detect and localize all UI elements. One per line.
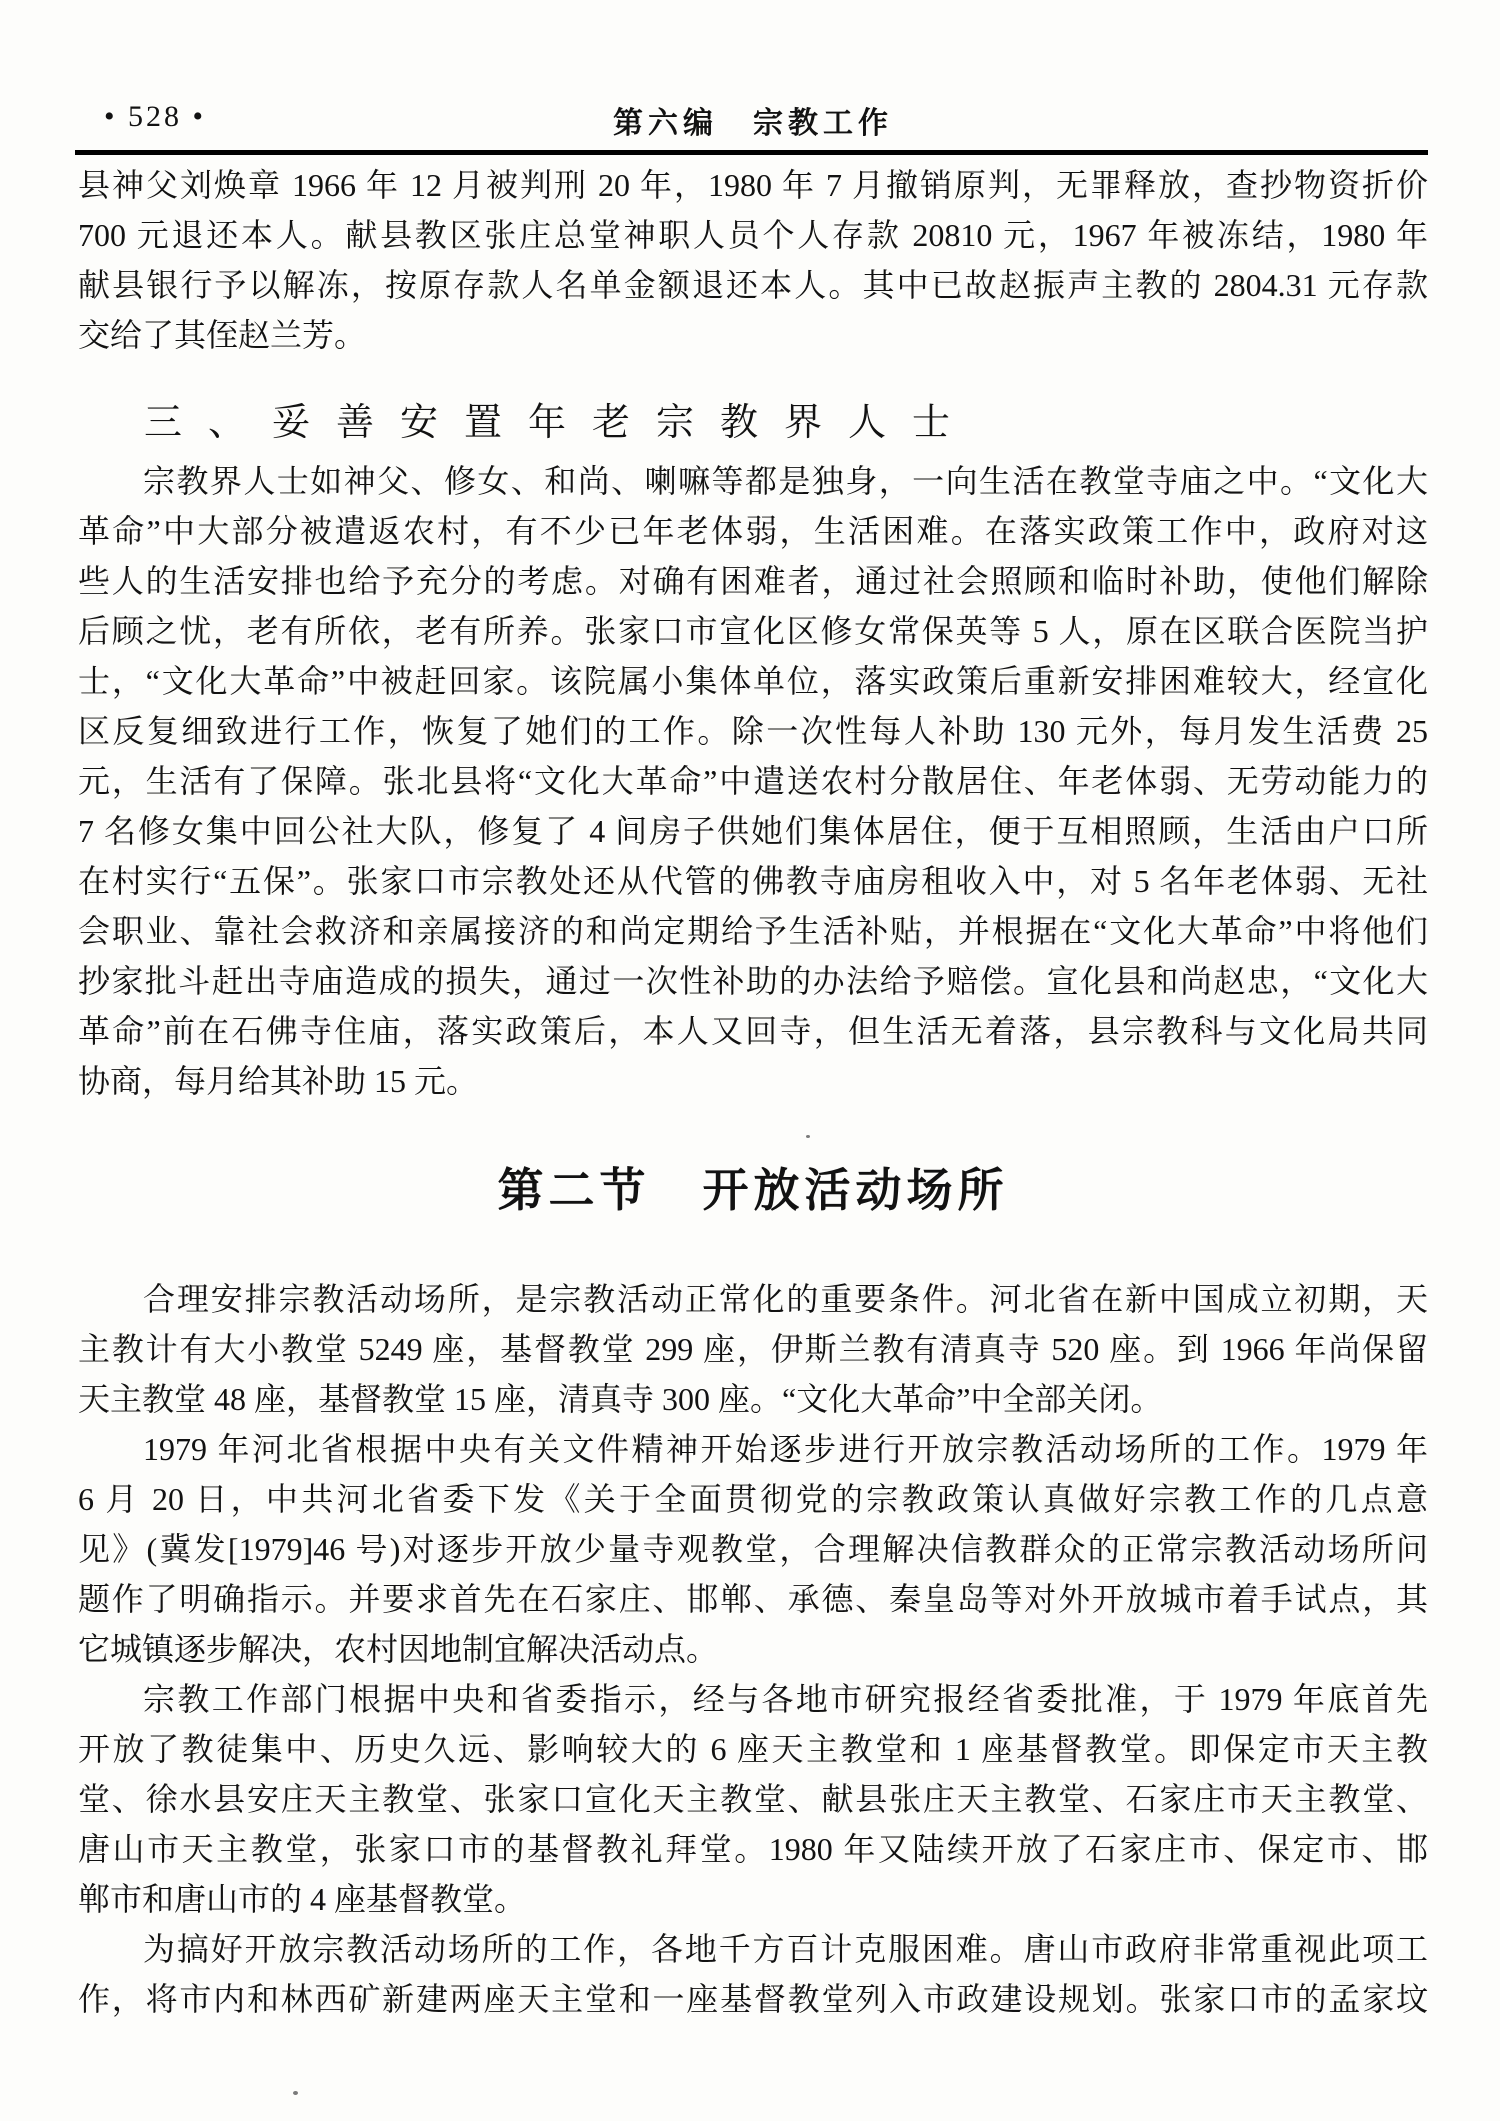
section-number: 第二节 bbox=[498, 1164, 651, 1216]
text-line: 郸市和唐山市的 4 座基督教堂。 bbox=[78, 1874, 1428, 1924]
paragraph: 为搞好开放宗教活动场所的工作，各地千方百计克服困难。唐山市政府非常重视此项工作，… bbox=[78, 1924, 1428, 2024]
text-line: 后顾之忧，老有所依，老有所养。张家口市宣化区修女常保英等 5 人，原在区联合医院… bbox=[78, 606, 1428, 656]
subsection-heading: 三、妥善安置年老宗教界人士 bbox=[78, 398, 1428, 448]
text-line: 协商，每月给其补助 15 元。 bbox=[78, 1056, 1428, 1106]
text-line: 700 元退还本人。献县教区张庄总堂神职人员个人存款 20810 元，1967 … bbox=[78, 210, 1428, 260]
page-body: 县神父刘焕章 1966 年 12 月被判刑 20 年，1980 年 7 月撤销原… bbox=[78, 160, 1428, 2024]
text-line: 宗教界人士如神父、修女、和尚、喇嘛等都是独身，一向生活在教堂寺庙之中。“文化大 bbox=[78, 456, 1428, 506]
text-line: 见》(冀发[1979]46 号)对逐步开放少量寺观教堂，合理解决信教群众的正常宗… bbox=[78, 1524, 1428, 1574]
paragraph: 合理安排宗教活动场所，是宗教活动正常化的重要条件。河北省在新中国成立初期，天主教… bbox=[78, 1274, 1428, 1424]
text-line: 会职业、靠社会救济和亲属接济的和尚定期给予生活补贴，并根据在“文化大革命”中将他… bbox=[78, 906, 1428, 956]
text-line: 1979 年河北省根据中央有关文件精神开始逐步进行开放宗教活动场所的工作。197… bbox=[78, 1424, 1428, 1474]
text-line: 交给了其侄赵兰芳。 bbox=[78, 310, 1428, 360]
text-line: 士，“文化大革命”中被赶回家。该院属小集体单位，落实政策后重新安排困难较大，经宣… bbox=[78, 656, 1428, 706]
text-line: 区反复细致进行工作，恢复了她们的工作。除一次性每人补助 130 元外，每月发生活… bbox=[78, 706, 1428, 756]
text-line: 唐山市天主教堂，张家口市的基督教礼拜堂。1980 年又陆续开放了石家庄市、保定市… bbox=[78, 1824, 1428, 1874]
section-title: 第二节开放活动场所 bbox=[78, 1158, 1428, 1222]
text-line: 革命”中大部分被遣返农村，有不少已年老体弱，生活困难。在落实政策工作中，政府对这 bbox=[78, 506, 1428, 556]
page-header: • 528 • 第六编 宗教工作 bbox=[78, 92, 1428, 138]
text-line: 6 月 20 日，中共河北省委下发《关于全面贯彻党的宗教政策认真做好宗教工作的几… bbox=[78, 1474, 1428, 1524]
header-divider bbox=[75, 150, 1428, 155]
text-line: 开放了教徒集中、历史久远、影响较大的 6 座天主教堂和 1 座基督教堂。即保定市… bbox=[78, 1724, 1428, 1774]
text-line: 为搞好开放宗教活动场所的工作，各地千方百计克服困难。唐山市政府非常重视此项工 bbox=[78, 1924, 1428, 1974]
text-line: 合理安排宗教活动场所，是宗教活动正常化的重要条件。河北省在新中国成立初期，天 bbox=[78, 1274, 1428, 1324]
text-line: 县神父刘焕章 1966 年 12 月被判刑 20 年，1980 年 7 月撤销原… bbox=[78, 160, 1428, 210]
text-line: 作，将市内和林西矿新建两座天主堂和一座基督教堂列入市政建设规划。张家口市的孟家坟 bbox=[78, 1974, 1428, 2024]
paragraph: 县神父刘焕章 1966 年 12 月被判刑 20 年，1980 年 7 月撤销原… bbox=[78, 160, 1428, 360]
section-title-text: 开放活动场所 bbox=[703, 1164, 1009, 1216]
text-line: 抄家批斗赶出寺庙造成的损失，通过一次性补助的办法给予赔偿。宣化县和尚赵忠，“文化… bbox=[78, 956, 1428, 1006]
text-line: 天主教堂 48 座，基督教堂 15 座，清真寺 300 座。“文化大革命”中全部… bbox=[78, 1374, 1428, 1424]
text-line: 元，生活有了保障。张北县将“文化大革命”中遣送农村分散居住、年老体弱、无劳动能力… bbox=[78, 756, 1428, 806]
paragraph: 1979 年河北省根据中央有关文件精神开始逐步进行开放宗教活动场所的工作。197… bbox=[78, 1424, 1428, 1674]
scan-speck bbox=[806, 1135, 810, 1138]
text-line: 题作了明确指示。并要求首先在石家庄、邯郸、承德、秦皇岛等对外开放城市着手试点，其 bbox=[78, 1574, 1428, 1624]
text-line: 献县银行予以解冻，按原存款人名单金额退还本人。其中已故赵振声主教的 2804.3… bbox=[78, 260, 1428, 310]
text-line: 堂、徐水县安庄天主教堂、张家口宣化天主教堂、献县张庄天主教堂、石家庄市天主教堂、 bbox=[78, 1774, 1428, 1824]
text-line: 宗教工作部门根据中央和省委指示，经与各地市研究报经省委批准，于 1979 年底首… bbox=[78, 1674, 1428, 1724]
chapter-title: 第六编 宗教工作 bbox=[78, 98, 1428, 142]
document-page: • 528 • 第六编 宗教工作 县神父刘焕章 1966 年 12 月被判刑 2… bbox=[0, 0, 1500, 2121]
text-line: 革命”前在石佛寺住庙，落实政策后，本人又回寺，但生活无着落，县宗教科与文化局共同 bbox=[78, 1006, 1428, 1056]
text-line: 7 名修女集中回公社大队，修复了 4 间房子供她们集体居住，便于互相照顾，生活由… bbox=[78, 806, 1428, 856]
scan-speck bbox=[293, 2091, 298, 2095]
text-line: 它城镇逐步解决，农村因地制宜解决活动点。 bbox=[78, 1624, 1428, 1674]
paragraph: 宗教工作部门根据中央和省委指示，经与各地市研究报经省委批准，于 1979 年底首… bbox=[78, 1674, 1428, 1924]
text-line: 些人的生活安排也给予充分的考虑。对确有困难者，通过社会照顾和临时补助，使他们解除 bbox=[78, 556, 1428, 606]
paragraph: 宗教界人士如神父、修女、和尚、喇嘛等都是独身，一向生活在教堂寺庙之中。“文化大革… bbox=[78, 456, 1428, 1106]
text-line: 在村实行“五保”。张家口市宗教处还从代管的佛教寺庙房租收入中，对 5 名年老体弱… bbox=[78, 856, 1428, 906]
text-line: 主教计有大小教堂 5249 座，基督教堂 299 座，伊斯兰教有清真寺 520 … bbox=[78, 1324, 1428, 1374]
